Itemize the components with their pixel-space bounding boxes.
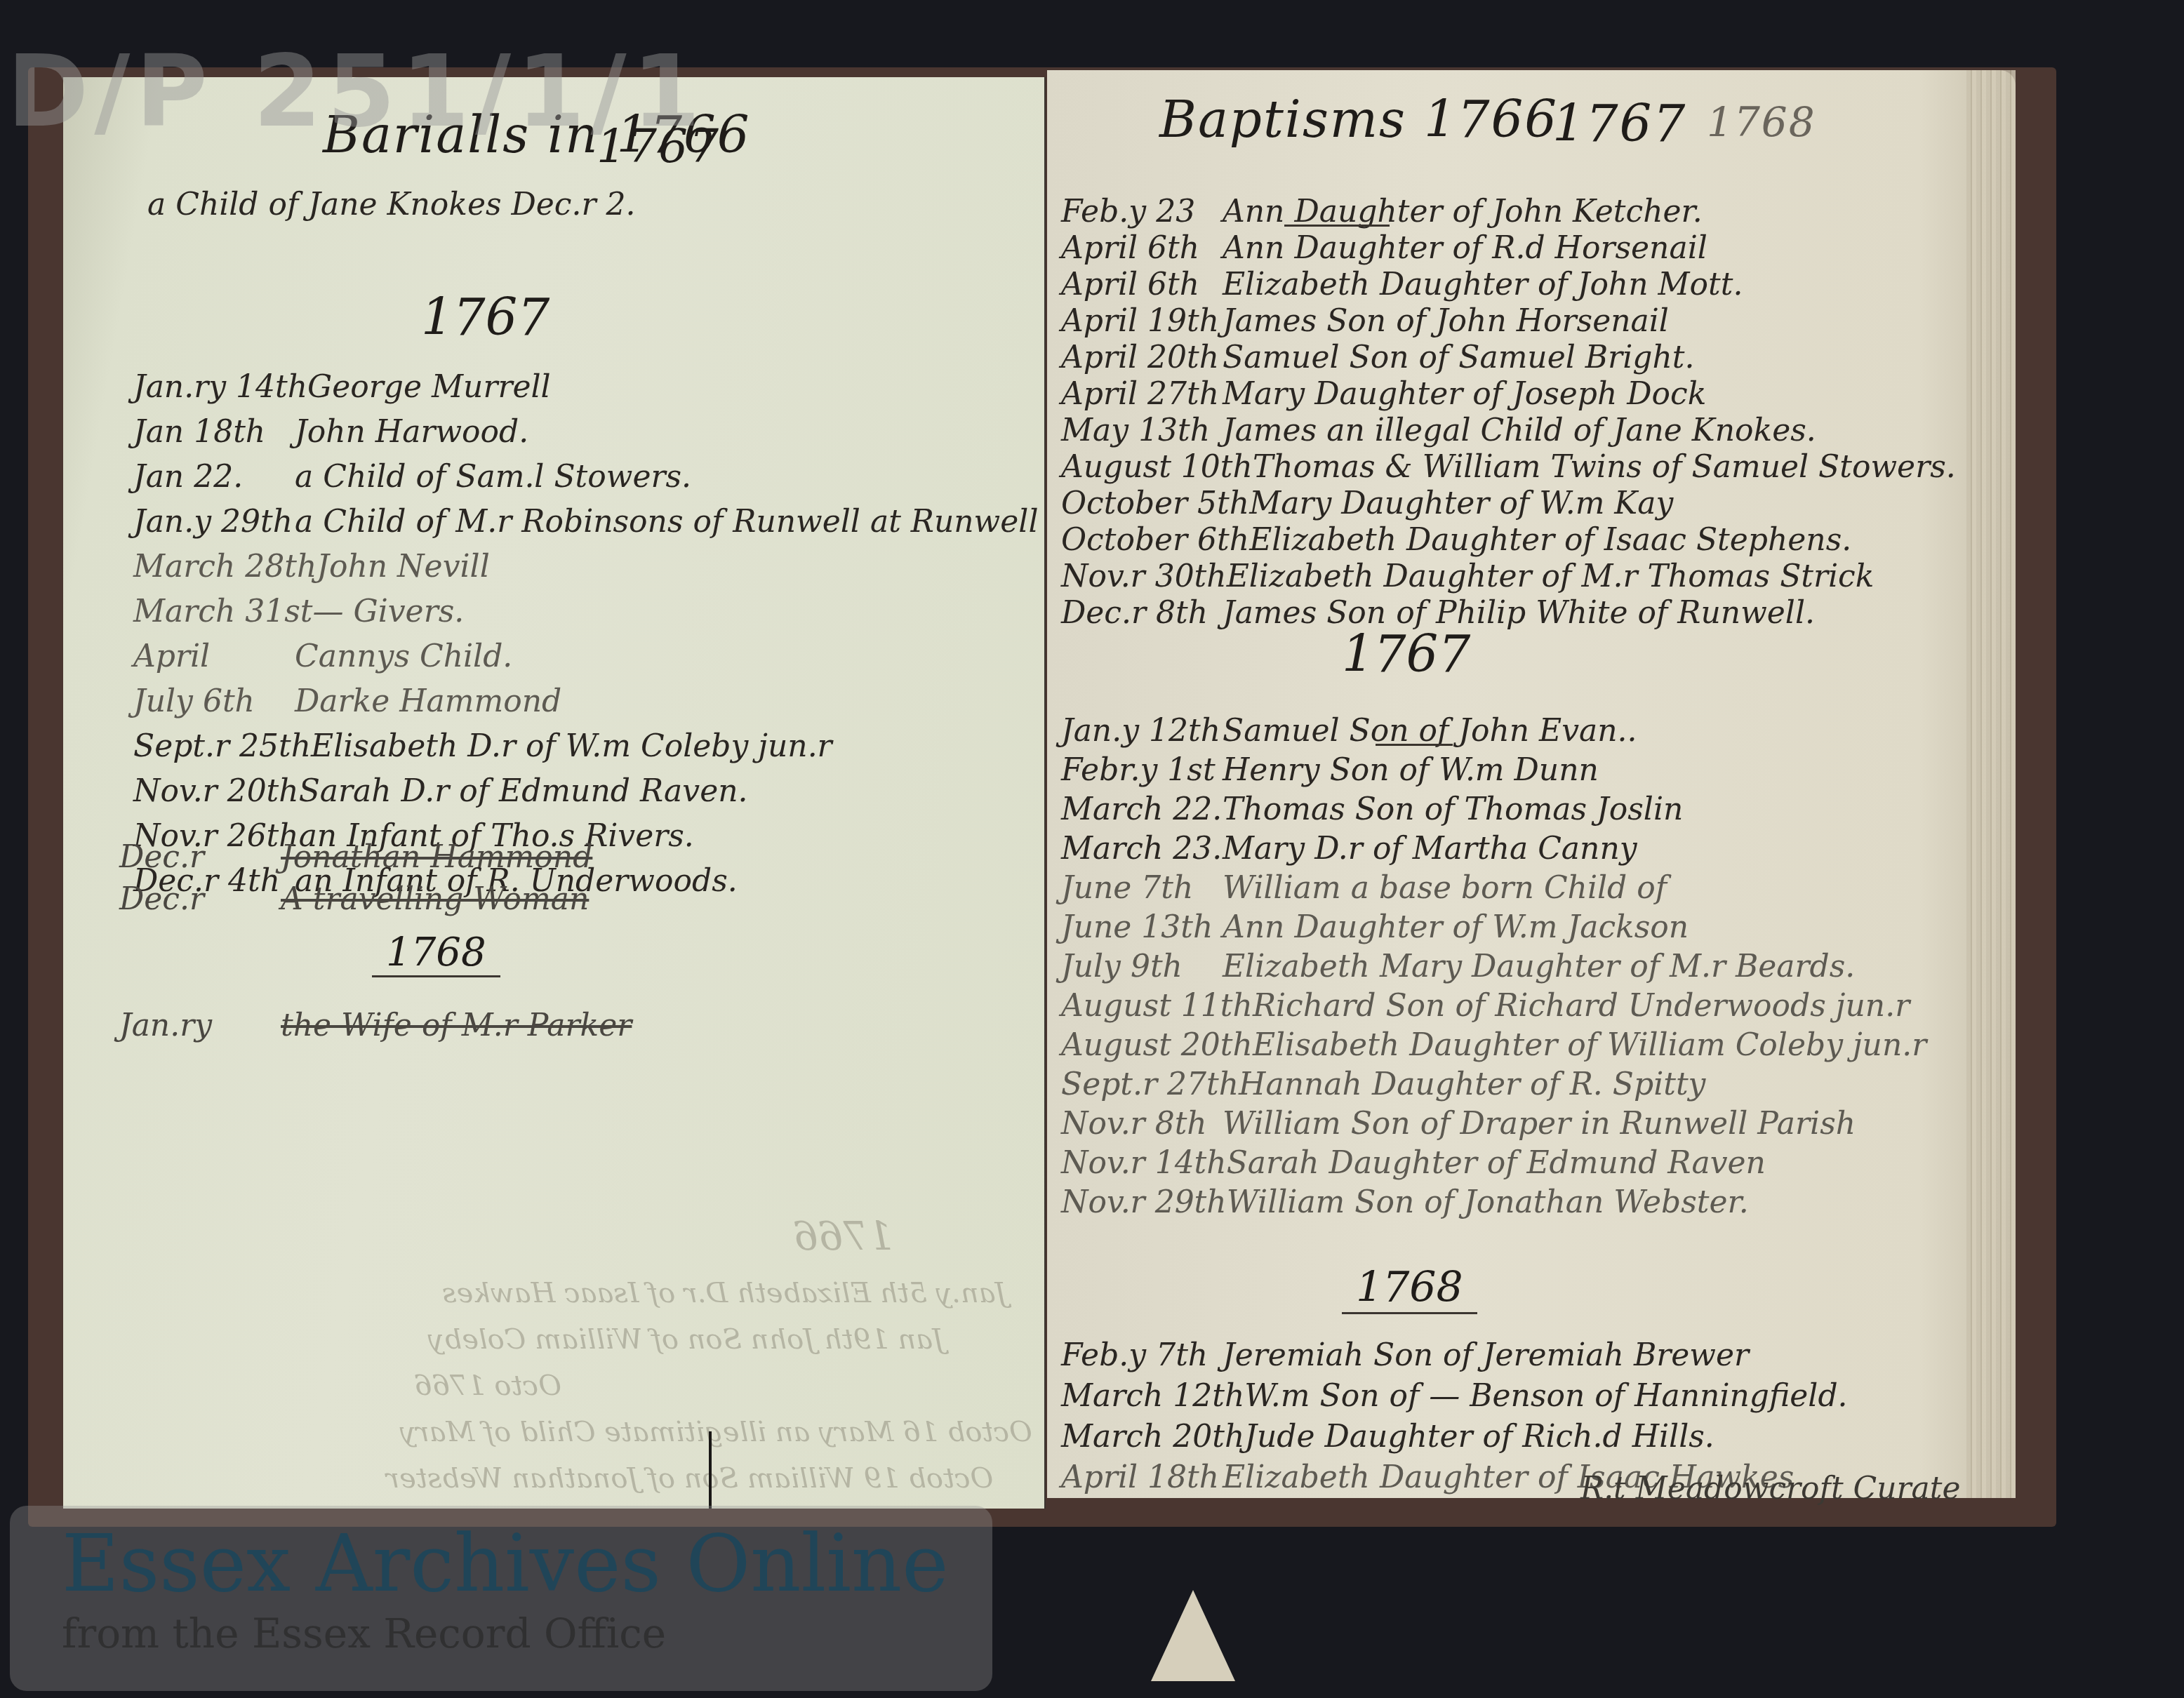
- burials-year-1768: 1768: [372, 930, 500, 977]
- entry-date: October 6th: [1061, 525, 1249, 556]
- burial-entry-struck-0: Dec.rJonathan Hammond: [119, 842, 592, 873]
- entry-text: Mary Daughter of W.m Kay: [1249, 486, 1673, 521]
- bleed-through-line: Octob 16 Mary an illegitimate Child of M…: [400, 1416, 1032, 1448]
- entry-date: March 23.: [1061, 834, 1223, 864]
- entry-text: Mary D.r of Martha Canny: [1223, 831, 1637, 867]
- bleed-through-year: 1766: [793, 1214, 893, 1259]
- burial-entry-1767-8: Sept.r 25thElisabeth D.r of W.m Coleby j…: [133, 731, 832, 762]
- entry-date: Sept.r 25th: [133, 731, 311, 762]
- burial-entry-1767-3: Jan.y 29tha Child of M.r Robinsons of Ru…: [133, 507, 1038, 537]
- entry-text: Jude Daughter of Rich.d Hills.: [1244, 1419, 1714, 1455]
- page-edge: [1966, 70, 2016, 1498]
- entry-date: Jan 18th: [133, 417, 295, 448]
- entry-date: Sept.r 27th: [1061, 1069, 1239, 1100]
- entry-date: Nov.r 20th: [133, 776, 299, 807]
- burial-entry-1767-5: March 31st— Givers.: [133, 596, 464, 627]
- entry-text: Jonathan Hammond: [281, 839, 592, 875]
- entry-text: Elizabeth Daughter of John Mott.: [1223, 267, 1743, 302]
- baptism-entry-1767-1: Febr.y 1stHenry Son of W.m Dunn: [1061, 755, 1599, 786]
- entry-text: Mary Daughter of Joseph Dock: [1223, 376, 1706, 412]
- entry-date: Jan.y 12th: [1061, 716, 1223, 747]
- entry-text: A travelling Woman: [281, 881, 589, 917]
- baptisms-heading-year-1768: 1768: [1707, 98, 1816, 146]
- baptism-entry-1767-11: Nov.r 14thSarah Daughter of Edmund Raven: [1061, 1148, 1766, 1179]
- entry-date: July 9th: [1061, 951, 1223, 982]
- burial-entry-1767-4: March 28thJohn Nevill: [133, 551, 490, 582]
- reference-number-watermark: D/P 251/1/1: [7, 35, 706, 149]
- entry-date: Dec.r 8th: [1061, 598, 1223, 629]
- entry-date: Nov.r 8th: [1061, 1109, 1223, 1139]
- entry-text: Cannys Child.: [295, 639, 512, 674]
- baptism-entry-1768-0: Feb.y 7thJeremiah Son of Jeremiah Brewer: [1061, 1340, 1749, 1371]
- entry-text: a Child of M.r Robinsons of Runwell at R…: [295, 504, 1038, 540]
- baptism-entry-1767-0: Jan.y 12thSamuel Son of John Evan..: [1061, 716, 1637, 747]
- entry-text: Darke Hammond: [295, 683, 561, 719]
- baptisms-year-1768: 1768: [1342, 1263, 1477, 1314]
- entry-text: James an illegal Child of Jane Knokes.: [1223, 413, 1816, 448]
- burial-entry-1767-2: Jan 22.a Child of Sam.l Stowers.: [133, 462, 691, 493]
- entry-date: Dec.r: [119, 842, 281, 873]
- entry-date: August 11th: [1061, 991, 1253, 1022]
- baptism-entry-1766-1: April 6thAnn Daughter of R.d Horsenail: [1061, 233, 1707, 264]
- baptism-entry-1766-7: August 10thThomas & William Twins of Sam…: [1061, 452, 1956, 483]
- baptism-entry-1767-9: Sept.r 27thHannah Daughter of R. Spitty: [1061, 1069, 1705, 1100]
- entry-date: April 6th: [1061, 233, 1223, 264]
- entry-text: Sarah D.r of Edmund Raven.: [299, 773, 748, 809]
- entry-text: W.m Son of — Benson of Hanningfield.: [1244, 1378, 1847, 1414]
- baptism-entry-1767-3: March 23.Mary D.r of Martha Canny: [1061, 834, 1637, 864]
- baptism-entry-1767-5: June 13thAnn Daughter of W.m Jackson: [1061, 912, 1689, 943]
- baptism-entry-1766-9: October 6thElizabeth Daughter of Isaac S…: [1061, 525, 1851, 556]
- entry-text: Thomas & William Twins of Samuel Stowers…: [1253, 449, 1956, 485]
- entry-text: Elisabeth D.r of W.m Coleby jun.r: [311, 728, 832, 764]
- entry-date: Nov.r 14th: [1061, 1148, 1227, 1179]
- baptism-entry-1766-2: April 6thElizabeth Daughter of John Mott…: [1061, 269, 1743, 300]
- baptism-entry-1767-8: August 20thElisabeth Daughter of William…: [1061, 1030, 1926, 1061]
- curate-signature: R.t Meadowcroft Curate: [1580, 1473, 1961, 1504]
- baptism-entry-1767-4: June 7thWilliam a base born Child of: [1061, 873, 1667, 904]
- entry-text: Elizabeth Daughter of M.r Thomas Strick: [1227, 559, 1875, 594]
- entry-text: Samuel Son of Samuel Bright.: [1223, 340, 1694, 375]
- baptism-entry-1766-6: May 13thJames an illegal Child of Jane K…: [1061, 415, 1816, 446]
- burial-entry-1766-0: a Child of Jane Knokes Dec.r 2.: [147, 189, 635, 220]
- entry-date: May 13th: [1061, 415, 1223, 446]
- burial-entry-1767-9: Nov.r 20thSarah D.r of Edmund Raven.: [133, 776, 748, 807]
- burial-entry-1767-7: July 6thDarke Hammond: [133, 686, 561, 717]
- entry-text: Henry Son of W.m Dunn: [1223, 752, 1599, 788]
- entry-date: July 6th: [133, 686, 295, 717]
- baptism-entry-1766-8: October 5thMary Daughter of W.m Kay: [1061, 488, 1673, 519]
- burial-entry-1767-6: AprilCannys Child.: [133, 641, 512, 672]
- entry-date: Feb.y 7th: [1061, 1340, 1223, 1371]
- bleed-through-line: Jan.y 5th Elizabeth D.r of Isaac Hawkes: [442, 1277, 1007, 1309]
- ink-stroke: [709, 1431, 712, 1509]
- bleed-through-line: Octob 19 William Son of Jonathan Webster: [386, 1462, 993, 1495]
- entry-date: Feb.y 23: [1061, 196, 1223, 227]
- burial-entry-1767-0: Jan.ry 14thGeorge Murrell: [133, 372, 551, 403]
- baptism-entry-1766-5: April 27thMary Daughter of Joseph Dock: [1061, 379, 1706, 410]
- entry-date: April 6th: [1061, 269, 1223, 300]
- right-page-baptisms: Baptisms 1766 1767 1768 Feb.y 23Ann Daug…: [1047, 70, 2016, 1498]
- entry-date: Jan.y 29th: [133, 507, 295, 537]
- archive-watermark: Essex Archives Online from the Essex Rec…: [10, 1506, 992, 1691]
- entry-text: James Son of Philip White of Runwell.: [1223, 595, 1815, 631]
- entry-date: Febr.y 1st: [1061, 755, 1223, 786]
- entry-date: April: [133, 641, 295, 672]
- entry-date: April 18th: [1061, 1462, 1223, 1493]
- entry-text: John Harwood.: [295, 414, 528, 450]
- baptism-entry-1768-2: March 20thJude Daughter of Rich.d Hills.: [1061, 1422, 1714, 1452]
- entry-text: Jeremiah Son of Jeremiah Brewer: [1223, 1337, 1749, 1373]
- entry-text: Elisabeth Daughter of William Coleby jun…: [1253, 1027, 1926, 1063]
- entry-date: Dec.r: [119, 884, 281, 915]
- entry-date: Nov.r 30th: [1061, 561, 1227, 592]
- entry-date: Nov.r 29th: [1061, 1187, 1227, 1218]
- entry-date: October 5th: [1061, 488, 1249, 519]
- left-page-burials: Barialls in 1766 1767 a Child of Jane Kn…: [63, 77, 1046, 1509]
- baptism-entry-1767-12: Nov.r 29thWilliam Son of Jonathan Webste…: [1061, 1187, 1749, 1218]
- entry-date: March 20th: [1061, 1422, 1244, 1452]
- baptism-entry-1766-4: April 20thSamuel Son of Samuel Bright.: [1061, 342, 1694, 373]
- baptisms-heading-year-1767: 1767: [1552, 94, 1686, 153]
- entry-text: William Son of Draper in Runwell Parish: [1223, 1106, 1856, 1142]
- entry-date: June 7th: [1061, 873, 1223, 904]
- baptism-entry-1767-10: Nov.r 8thWilliam Son of Draper in Runwel…: [1061, 1109, 1856, 1139]
- baptism-entry-1766-3: April 19thJames Son of John Horsenail: [1061, 306, 1669, 337]
- entry-text: Ann Daughter of W.m Jackson: [1223, 909, 1689, 945]
- burials-year-1767: 1767: [421, 288, 550, 347]
- baptism-entry-1767-7: August 11thRichard Son of Richard Underw…: [1061, 991, 1910, 1022]
- burial-entry-struck-1: Dec.rA travelling Woman: [119, 884, 589, 915]
- entry-text: — Givers.: [313, 594, 465, 629]
- entry-dash: [1284, 225, 1390, 227]
- burial-entry-1767-1: Jan 18thJohn Harwood.: [133, 417, 528, 448]
- entry-date: June 13th: [1061, 912, 1223, 943]
- watermark-title: Essex Archives Online: [62, 1518, 949, 1610]
- entry-date: Jan.ry 14th: [133, 372, 307, 403]
- baptism-entry-1768-1: March 12thW.m Son of — Benson of Hanning…: [1061, 1381, 1848, 1412]
- baptism-entry-1767-2: March 22.Thomas Son of Thomas Joslin: [1061, 794, 1683, 825]
- baptism-entry-1767-6: July 9thElizabeth Mary Daughter of M.r B…: [1061, 951, 1855, 982]
- entry-date: April 19th: [1061, 306, 1223, 337]
- bleed-through-line: Jan 19th John Son of William Coleby: [428, 1323, 944, 1356]
- baptisms-year-1767: 1767: [1342, 624, 1470, 683]
- burial-entry-1768-struck: Jan.rythe Wife of M.r Parker: [119, 1010, 632, 1041]
- entry-text: James Son of John Horsenail: [1223, 303, 1669, 339]
- bleed-through-line: Octo 1766: [414, 1370, 561, 1402]
- entry-date: April 20th: [1061, 342, 1223, 373]
- torn-paper-scrap: [1151, 1590, 1235, 1681]
- entry-dash: [1376, 744, 1453, 746]
- entry-text: John Nevill: [317, 549, 489, 584]
- entry-text: Thomas Son of Thomas Joslin: [1223, 791, 1683, 827]
- entry-date: March 22.: [1061, 794, 1223, 825]
- baptism-entry-1766-10: Nov.r 30thElizabeth Daughter of M.r Thom…: [1061, 561, 1874, 592]
- entry-date: Jan 22.: [133, 462, 295, 493]
- entry-date: March 12th: [1061, 1381, 1244, 1412]
- entry-date: March 28th: [133, 551, 317, 582]
- entry-text: Richard Son of Richard Underwoods jun.r: [1253, 988, 1910, 1024]
- entry-text: Ann Daughter of R.d Horsenail: [1223, 230, 1707, 266]
- baptism-entry-1766-0: Feb.y 23Ann Daughter of John Ketcher.: [1061, 196, 1703, 227]
- entry-date: August 20th: [1061, 1030, 1253, 1061]
- entry-text: William Son of Jonathan Webster.: [1227, 1184, 1749, 1220]
- entry-text: William a base born Child of: [1223, 870, 1667, 906]
- entry-text: Elizabeth Mary Daughter of M.r Beards.: [1223, 949, 1855, 984]
- watermark-subtitle: from the Essex Record Office: [62, 1610, 666, 1657]
- entry-text: Sarah Daughter of Edmund Raven: [1227, 1145, 1766, 1181]
- entry-date: March 31st: [133, 596, 313, 627]
- entry-text: a Child of Sam.l Stowers.: [295, 459, 691, 495]
- entry-text: George Murrell: [307, 369, 551, 405]
- entry-date: April 27th: [1061, 379, 1223, 410]
- entry-date: August 10th: [1061, 452, 1253, 483]
- entry-text: Elizabeth Daughter of Isaac Stephens.: [1249, 522, 1851, 558]
- entry-text: Hannah Daughter of R. Spitty: [1239, 1067, 1705, 1102]
- baptisms-heading: Baptisms 1766: [1159, 90, 1558, 149]
